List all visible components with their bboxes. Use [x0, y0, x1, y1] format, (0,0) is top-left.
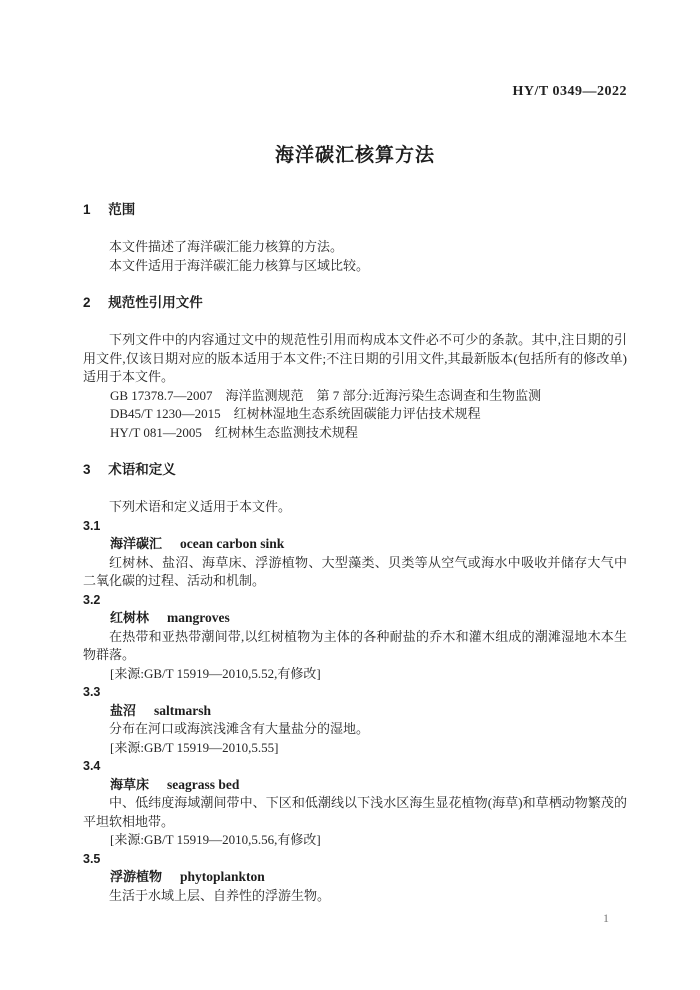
term-heading: 盐沼 saltmarsh — [83, 702, 627, 721]
paragraph: 本文件描述了海洋碳汇能力核算的方法。 — [83, 238, 627, 257]
term-heading: 海洋碳汇 ocean carbon sink — [83, 535, 627, 554]
term-zh: 红树林 — [110, 610, 149, 625]
normative-reference: GB 17378.7—2007 海洋监测规范 第 7 部分:近海污染生态调查和生… — [83, 387, 627, 406]
term-entry: 3.5 浮游植物 phytoplankton 生活于水域上层、自养性的浮游生物。 — [83, 850, 627, 906]
section-1-number: 1 — [83, 203, 91, 217]
term-en: mangroves — [167, 610, 230, 625]
page-number: 1 — [83, 911, 627, 925]
section-3-number: 3 — [83, 463, 91, 477]
term-heading: 红树林 mangroves — [83, 609, 627, 628]
term-source: [来源:GB/T 15919—2010,5.55] — [83, 739, 627, 758]
term-entry: 3.1 海洋碳汇 ocean carbon sink 红树林、盐沼、海草床、浮游… — [83, 517, 627, 591]
document-code: HY/T 0349—2022 — [83, 85, 627, 99]
term-en: seagrass bed — [167, 777, 239, 792]
term-entry: 3.4 海草床 seagrass bed 中、低纬度海域潮间带中、下区和低潮线以… — [83, 757, 627, 850]
term-id: 3.4 — [83, 757, 627, 776]
normative-reference: HY/T 081—2005 红树林生态监测技术规程 — [83, 424, 627, 443]
paragraph: 下列文件中的内容通过文中的规范性引用而构成本文件必不可少的条款。其中,注日期的引… — [83, 331, 627, 387]
section-2-heading: 2 规范性引用文件 — [83, 296, 627, 310]
document-title: 海洋碳汇核算方法 — [83, 145, 627, 167]
page-content: HY/T 0349—2022 海洋碳汇核算方法 1 范围 本文件描述了海洋碳汇能… — [0, 0, 700, 925]
term-heading: 海草床 seagrass bed — [83, 776, 627, 795]
section-3-title: 术语和定义 — [108, 463, 176, 477]
term-zh: 盐沼 — [110, 703, 136, 718]
normative-reference: DB45/T 1230—2015 红树林湿地生态系统固碳能力评估技术规程 — [83, 405, 627, 424]
term-source: [来源:GB/T 15919—2010,5.52,有修改] — [83, 665, 627, 684]
term-zh: 浮游植物 — [110, 869, 162, 884]
section-1-title: 范围 — [108, 203, 135, 217]
term-heading: 浮游植物 phytoplankton — [83, 868, 627, 887]
term-id: 3.2 — [83, 591, 627, 610]
term-entry: 3.2 红树林 mangroves 在热带和亚热带潮间带,以红树植物为主体的各种… — [83, 591, 627, 684]
section-3-body: 下列术语和定义适用于本文件。 3.1 海洋碳汇 ocean carbon sin… — [83, 498, 627, 905]
term-en: phytoplankton — [180, 869, 265, 884]
standard-document-page: HY/T 0349—2022 海洋碳汇核算方法 1 范围 本文件描述了海洋碳汇能… — [0, 0, 700, 990]
section-2-number: 2 — [83, 296, 91, 310]
paragraph: 本文件适用于海洋碳汇能力核算与区域比较。 — [83, 257, 627, 276]
term-id: 3.5 — [83, 850, 627, 869]
term-en: saltmarsh — [154, 703, 211, 718]
term-en: ocean carbon sink — [180, 536, 284, 551]
section-1-body: 本文件描述了海洋碳汇能力核算的方法。 本文件适用于海洋碳汇能力核算与区域比较。 — [83, 238, 627, 275]
term-source: [来源:GB/T 15919—2010,5.56,有修改] — [83, 831, 627, 850]
term-definition: 中、低纬度海域潮间带中、下区和低潮线以下浅水区海生显花植物(海草)和草栖动物繁茂… — [83, 794, 627, 831]
term-definition: 在热带和亚热带潮间带,以红树植物为主体的各种耐盐的乔木和灌木组成的潮滩湿地木本生… — [83, 628, 627, 665]
term-definition: 生活于水域上层、自养性的浮游生物。 — [83, 887, 627, 906]
term-definition: 红树林、盐沼、海草床、浮游植物、大型藻类、贝类等从空气或海水中吸收并储存大气中二… — [83, 554, 627, 591]
section-2-title: 规范性引用文件 — [108, 296, 203, 310]
term-zh: 海草床 — [110, 777, 149, 792]
term-id: 3.1 — [83, 517, 627, 536]
section-2-body: 下列文件中的内容通过文中的规范性引用而构成本文件必不可少的条款。其中,注日期的引… — [83, 331, 627, 442]
term-id: 3.3 — [83, 683, 627, 702]
terms-intro: 下列术语和定义适用于本文件。 — [83, 498, 627, 517]
term-entry: 3.3 盐沼 saltmarsh 分布在河口或海滨浅滩含有大量盐分的湿地。 [来… — [83, 683, 627, 757]
section-3-heading: 3 术语和定义 — [83, 463, 627, 477]
section-1-heading: 1 范围 — [83, 203, 627, 217]
term-zh: 海洋碳汇 — [110, 536, 162, 551]
term-definition: 分布在河口或海滨浅滩含有大量盐分的湿地。 — [83, 720, 627, 739]
